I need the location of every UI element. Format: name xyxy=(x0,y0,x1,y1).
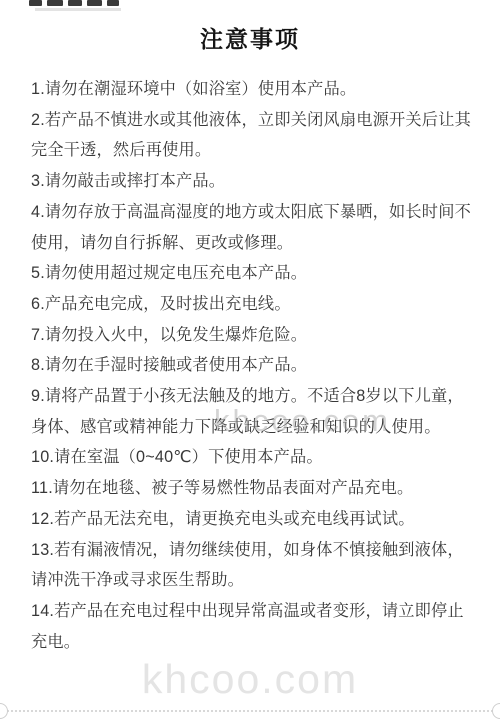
perforation-divider xyxy=(0,710,500,712)
cutoff-glyph-bottoms xyxy=(29,0,129,6)
notice-item-9: 9.请将产品置于小孩无法触及的地方。不适合8岁以下儿童， 身体、感官或精神能力下… xyxy=(31,381,474,442)
cutoff-underline xyxy=(35,8,121,11)
watermark-bottom: khcoo.com xyxy=(0,656,500,703)
notice-item-12: 12.若产品无法充电，请更换充电头或充电线再试试。 xyxy=(31,504,474,535)
notice-item-5: 5.请勿使用超过规定电压充电本产品。 xyxy=(31,258,474,289)
notice-item-14: 14.若产品在充电过程中出现异常高温或者变形，请立即停止 充电。 xyxy=(31,596,474,657)
notice-item-1: 1.请勿在潮湿环境中（如浴室）使用本产品。 xyxy=(31,74,474,105)
perforation-notch-left xyxy=(0,703,8,719)
notice-item-6: 6.产品充电完成，及时拔出充电线。 xyxy=(31,289,474,320)
notice-item-8: 8.请勿在手湿时接触或者使用本产品。 xyxy=(31,350,474,381)
page-title: 注意事项 xyxy=(0,26,500,52)
notice-item-2: 2.若产品不慎进水或其他液体，立即关闭风扇电源开关后让其 完全干透，然后再使用。 xyxy=(31,105,474,166)
perforation-notch-right xyxy=(492,703,500,719)
cutoff-text-fragment xyxy=(29,0,129,12)
notice-item-10: 10.请在室温（0~40℃）下使用本产品。 xyxy=(31,442,474,473)
notice-item-4: 4.请勿存放于高温高湿度的地方或太阳底下暴晒，如长时间不 使用，请勿自行拆解、更… xyxy=(31,197,474,258)
notice-item-7: 7.请勿投入火中，以免发生爆炸危险。 xyxy=(31,320,474,351)
notice-item-13: 13.若有漏液情况，请勿继续使用，如身体不慎接触到液体， 请冲洗干净或寻求医生帮… xyxy=(31,535,474,596)
notice-item-11: 11.请勿在地毯、被子等易燃性物品表面对产品充电。 xyxy=(31,473,474,504)
notice-list: 1.请勿在潮湿环境中（如浴室）使用本产品。 2.若产品不慎进水或其他液体，立即关… xyxy=(0,74,500,657)
manual-page: 注意事项 1.请勿在潮湿环境中（如浴室）使用本产品。 2.若产品不慎进水或其他液… xyxy=(0,0,500,724)
notice-item-3: 3.请勿敲击或摔打本产品。 xyxy=(31,166,474,197)
